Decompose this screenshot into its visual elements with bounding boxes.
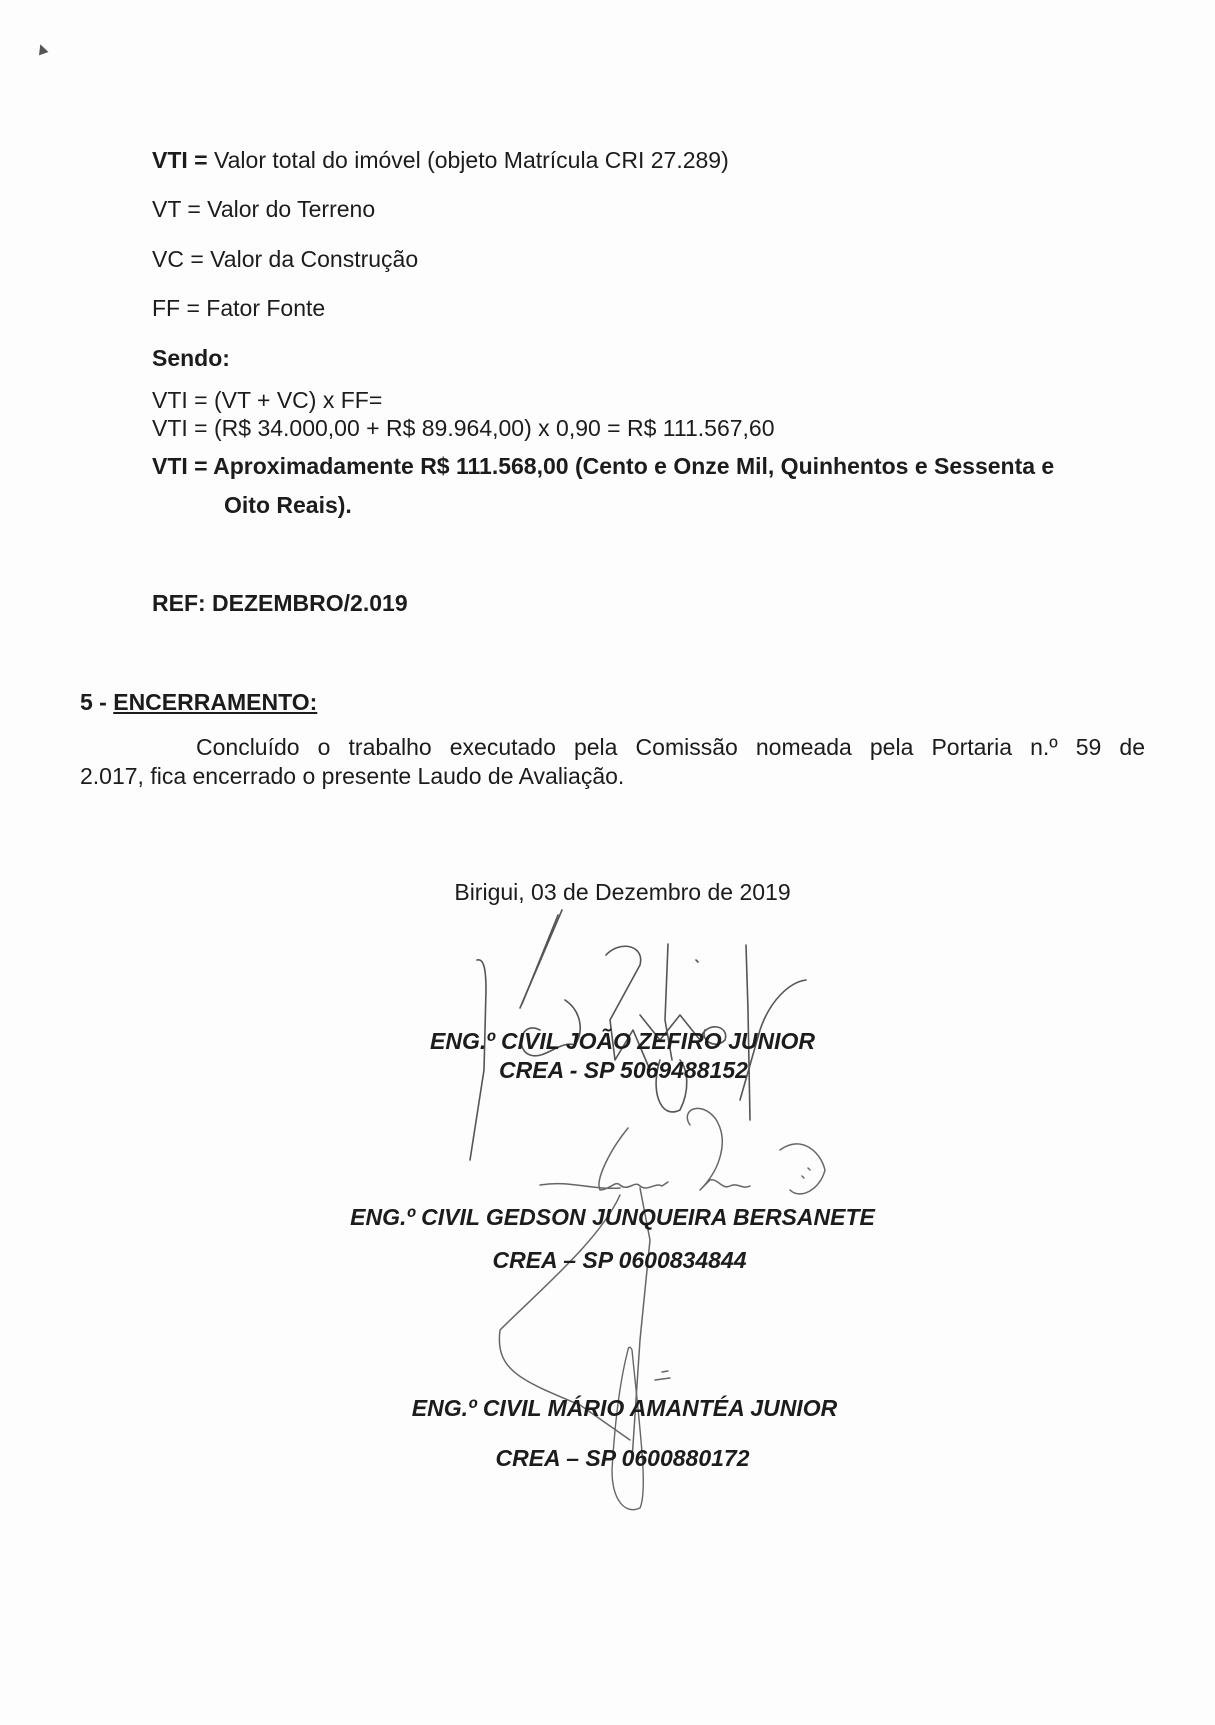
signatory-1-name: ENG.º CIVIL JOÃO ZEFIRO JUNIOR [0,1027,1215,1055]
definition-text: Valor da Construção [204,246,418,272]
signature-mario-amantea [612,1347,670,1509]
definition-text: Fator Fonte [200,295,325,321]
definition-vc: VC = Valor da Construção [152,245,418,273]
signatory-2-registration: CREA – SP 0600834844 [0,1246,1215,1274]
closing-paragraph-line-2: 2.017, fica encerrado o presente Laudo d… [80,762,624,790]
definition-ff: FF = Fator Fonte [152,294,325,322]
scan-artifact [36,43,49,56]
closing-paragraph-line-1: Concluído o trabalho executado pela Comi… [80,733,1145,761]
definition-vti: VTI = Valor total do imóvel (objeto Matr… [152,146,729,174]
document-page: VTI = Valor total do imóvel (objeto Matr… [0,0,1215,1725]
definition-text: Valor total do imóvel (objeto Matrícula … [208,147,729,173]
definition-vt: VT = Valor do Terreno [152,195,375,223]
place-date: Birigui, 03 de Dezembro de 2019 [0,878,1215,906]
reference-date: REF: DEZEMBRO/2.019 [152,589,408,617]
definition-key: VC = [152,246,204,272]
formula-line: VTI = (VT + VC) x FF= [152,386,382,414]
calculation-line: VTI = (R$ 34.000,00 + R$ 89.964,00) x 0,… [152,414,775,442]
section-title: ENCERRAMENTO: [113,689,317,715]
sendo-label: Sendo: [152,344,230,372]
result-line-2: Oito Reais). [224,491,352,519]
definition-key: VT = [152,196,201,222]
section-heading: 5 - ENCERRAMENTO: [80,688,317,716]
definition-key: VTI = [152,147,208,173]
signatory-2-name: ENG.º CIVIL GEDSON JUNQUEIRA BERSANETE [0,1203,1215,1231]
result-line-1: VTI = Aproximadamente R$ 111.568,00 (Cen… [152,452,1054,480]
definition-text: Valor do Terreno [201,196,375,222]
signatory-1-registration: CREA - SP 5069488152 [0,1056,1215,1084]
signatory-3-name: ENG.º CIVIL MÁRIO AMANTÉA JUNIOR [0,1394,1215,1422]
section-number: 5 - [80,689,113,715]
signatory-3-registration: CREA – SP 0600880172 [0,1444,1215,1472]
definition-key: FF = [152,295,200,321]
